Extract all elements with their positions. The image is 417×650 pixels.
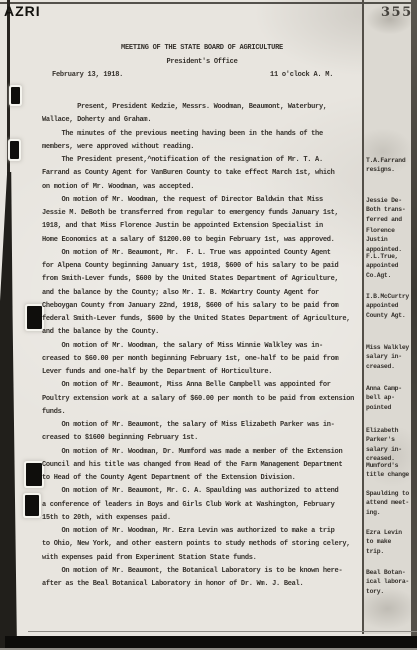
margin-note: F.L.True, appointed Co.Agt. xyxy=(366,252,412,280)
body-line: On motion of Mr. Woodman, Mr. Ezra Levin… xyxy=(42,525,364,538)
body-line: for Alpena County beginning January 1st,… xyxy=(42,260,364,273)
scanned-document-page: AZRI 355 MEETING OF THE STATE BOARD OF A… xyxy=(0,0,417,650)
body-line: federal Smith-Lever funds, $600 by the U… xyxy=(42,313,364,326)
body-line: and the balance by the County. xyxy=(42,326,364,339)
body-line: On motion of Mr. Beaumont, Mr. C. A. Spa… xyxy=(42,485,364,498)
body-line: after as the Beal Botanical Laboratory i… xyxy=(42,578,364,591)
bottom-edge-line xyxy=(28,631,417,632)
margin-note: Ezra Levin to make trip. xyxy=(366,528,412,556)
body-line: Home Economics at a salary of $1200.00 t… xyxy=(42,234,364,247)
binding-mark xyxy=(10,141,19,159)
margin-note: I.B.McCurtry appointed County Agt. xyxy=(366,292,412,320)
body-line: with expenses paid from Experiment Stati… xyxy=(42,552,364,565)
body-line: 1918, and that Miss Florence Justin be a… xyxy=(42,220,364,233)
body-line: Lever funds and one-half by the Departme… xyxy=(42,366,364,379)
body-line: from Smith-Lever funds, $600 by the Unit… xyxy=(42,273,364,286)
body-line: creased to $60.00 per month beginning Fe… xyxy=(42,353,364,366)
top-edge-line xyxy=(0,2,417,4)
left-edge-shadow xyxy=(0,172,17,650)
binding-mark xyxy=(11,87,20,104)
body-line: On motion of Mr. Beaumont, the salary of… xyxy=(42,419,364,432)
body-line: Cheboygan County from January 22nd, 1918… xyxy=(42,300,364,313)
body-line: The minutes of the previous meeting havi… xyxy=(42,128,364,141)
body-line: On motion of Mr. Beaumont, Mr. F. L. Tru… xyxy=(42,247,364,260)
document-time: 11 o'clock A. M. xyxy=(270,71,333,79)
margin-note: Spaulding to attend meet- ing. xyxy=(366,489,412,517)
page-number: 355 xyxy=(381,5,413,20)
margin-note: Florence Justin appointed. xyxy=(366,226,412,254)
archive-stamp: AZRI xyxy=(4,3,41,19)
body-line: members, were approved without reading. xyxy=(42,141,364,154)
body-line: Jessie M. DeBoth be transferred from reg… xyxy=(42,207,364,220)
body-line: On motion of Mr. Woodman, the request of… xyxy=(42,194,364,207)
document-date: February 13, 1918. xyxy=(52,71,123,79)
body-line: to Head of the County Agent Department o… xyxy=(42,472,364,485)
body-line: funds. xyxy=(42,406,364,419)
margin-note: Jessie De- Both trans- ferred and xyxy=(366,196,412,224)
bottom-black-bar xyxy=(5,636,417,648)
body-line: Wallace, Doherty and Graham. xyxy=(42,114,364,127)
minutes-body: Present, President Kedzie, Messrs. Woodm… xyxy=(42,101,364,591)
margin-note: Miss Walkley salary in- creased. xyxy=(366,343,412,371)
margin-note: T.A.Farrand resigns. xyxy=(366,156,412,175)
body-line: On motion of Mr. Woodman, the salary of … xyxy=(42,340,364,353)
body-line: Council and his title was changed from H… xyxy=(42,459,364,472)
body-line: On motion of Mr. Woodman, Dr. Mumford wa… xyxy=(42,446,364,459)
margin-note: Beal Botan- ical labora- tory. xyxy=(366,568,412,596)
body-line: Farrand as County Agent for VanBuren Cou… xyxy=(42,167,364,180)
binding-mark xyxy=(27,306,42,329)
body-line: On motion of Mr. Beaumont, Miss Anna Bel… xyxy=(42,379,364,392)
body-line: Present, President Kedzie, Messrs. Woodm… xyxy=(42,101,364,114)
document-title: MEETING OF THE STATE BOARD OF AGRICULTUR… xyxy=(0,44,404,52)
body-line: a conference of leaders in Boys and Girl… xyxy=(42,499,364,512)
body-line: on motion of Mr. Woodman, was accepted. xyxy=(42,181,364,194)
margin-note: Mumford's title change xyxy=(366,461,412,480)
body-line: The President present,^notification of t… xyxy=(42,154,364,167)
body-line: to Ohio, New York, and other eastern poi… xyxy=(42,538,364,551)
margin-note: Elizabeth Parker's salary in- creased. xyxy=(366,426,412,464)
binding-mark xyxy=(26,463,42,486)
body-line: On motion of Mr. Beaumont, the Botanical… xyxy=(42,565,364,578)
document-subtitle: President's Office xyxy=(0,58,404,66)
body-line: 15th to 20th, with expenses paid. xyxy=(42,512,364,525)
margin-note: Anna Camp- bell ap- pointed xyxy=(366,384,412,412)
binding-mark xyxy=(25,495,39,516)
body-line: creased to $1600 beginning February 1st. xyxy=(42,432,364,445)
body-line: Poultry extension work at a salary of $6… xyxy=(42,393,364,406)
body-line: and the balance by the County; also Mr. … xyxy=(42,287,364,300)
